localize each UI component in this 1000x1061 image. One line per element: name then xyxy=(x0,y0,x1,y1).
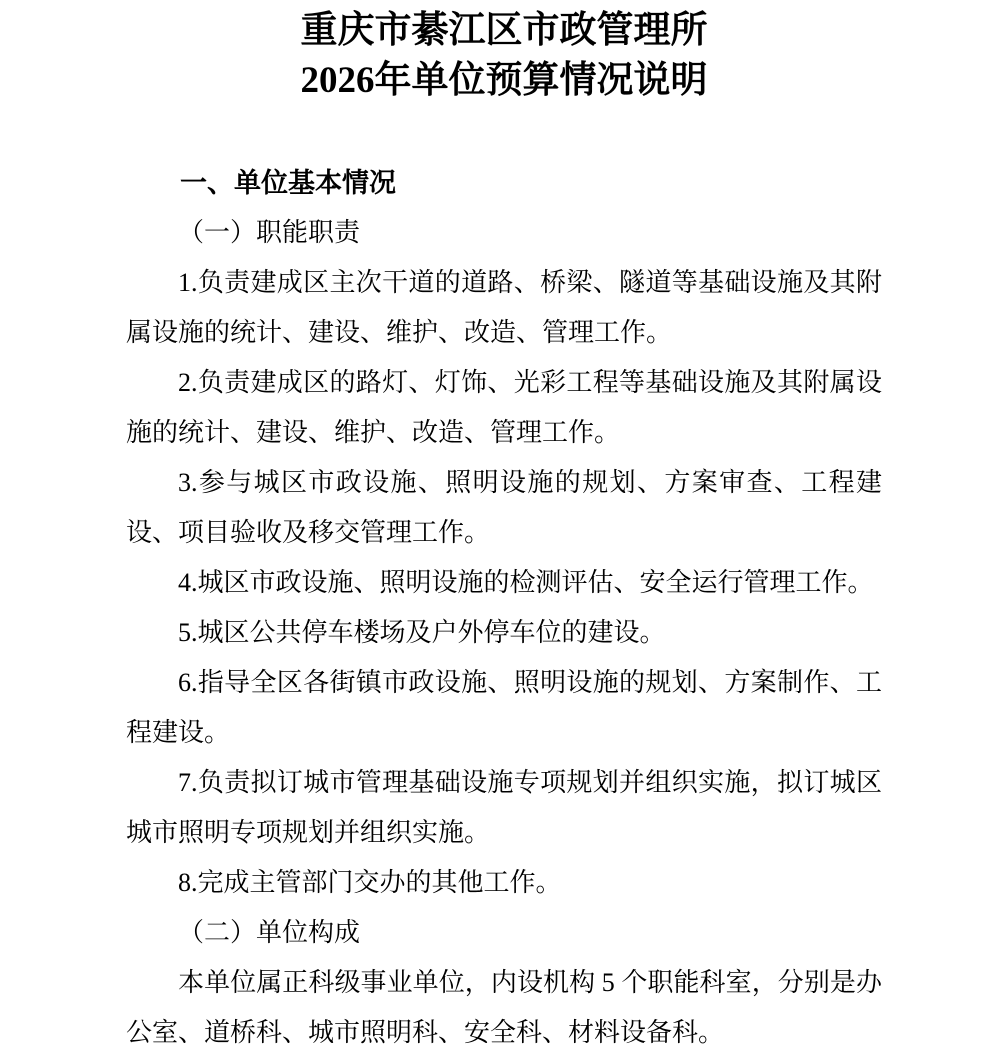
document-title-line2: 2026年单位预算情况说明 xyxy=(126,56,882,106)
document-title: 重庆市綦江区市政管理所 2026年单位预算情况说明 xyxy=(126,6,882,106)
document-title-line1: 重庆市綦江区市政管理所 xyxy=(126,6,882,56)
duty-item-5: 5.城区公共停车楼场及户外停车位的建设。 xyxy=(126,608,882,658)
subsection-heading-duties: （一）职能职责 xyxy=(126,208,882,258)
unit-composition-paragraph: 本单位属正科级事业单位，内设机构 5 个职能科室，分别是办公室、道桥科、城市照明… xyxy=(126,958,882,1058)
duty-item-6: 6.指导全区各街镇市政设施、照明设施的规划、方案制作、工程建设。 xyxy=(126,658,882,758)
subsection-heading-unit-composition: （二）单位构成 xyxy=(126,908,882,958)
duty-item-4: 4.城区市政设施、照明设施的检测评估、安全运行管理工作。 xyxy=(126,558,882,608)
document-page: 重庆市綦江区市政管理所 2026年单位预算情况说明 一、单位基本情况 （一）职能… xyxy=(0,0,1000,1061)
duty-item-1: 1.负责建成区主次干道的道路、桥梁、隧道等基础设施及其附属设施的统计、建设、维护… xyxy=(126,258,882,358)
section-heading-basic-info: 一、单位基本情况 xyxy=(126,158,882,208)
duty-item-8: 8.完成主管部门交办的其他工作。 xyxy=(126,858,882,908)
duty-item-3: 3.参与城区市政设施、照明设施的规划、方案审查、工程建设、项目验收及移交管理工作… xyxy=(126,458,882,558)
duty-item-7: 7.负责拟订城市管理基础设施专项规划并组织实施，拟订城区城市照明专项规划并组织实… xyxy=(126,758,882,858)
duty-item-2: 2.负责建成区的路灯、灯饰、光彩工程等基础设施及其附属设施的统计、建设、维护、改… xyxy=(126,358,882,458)
